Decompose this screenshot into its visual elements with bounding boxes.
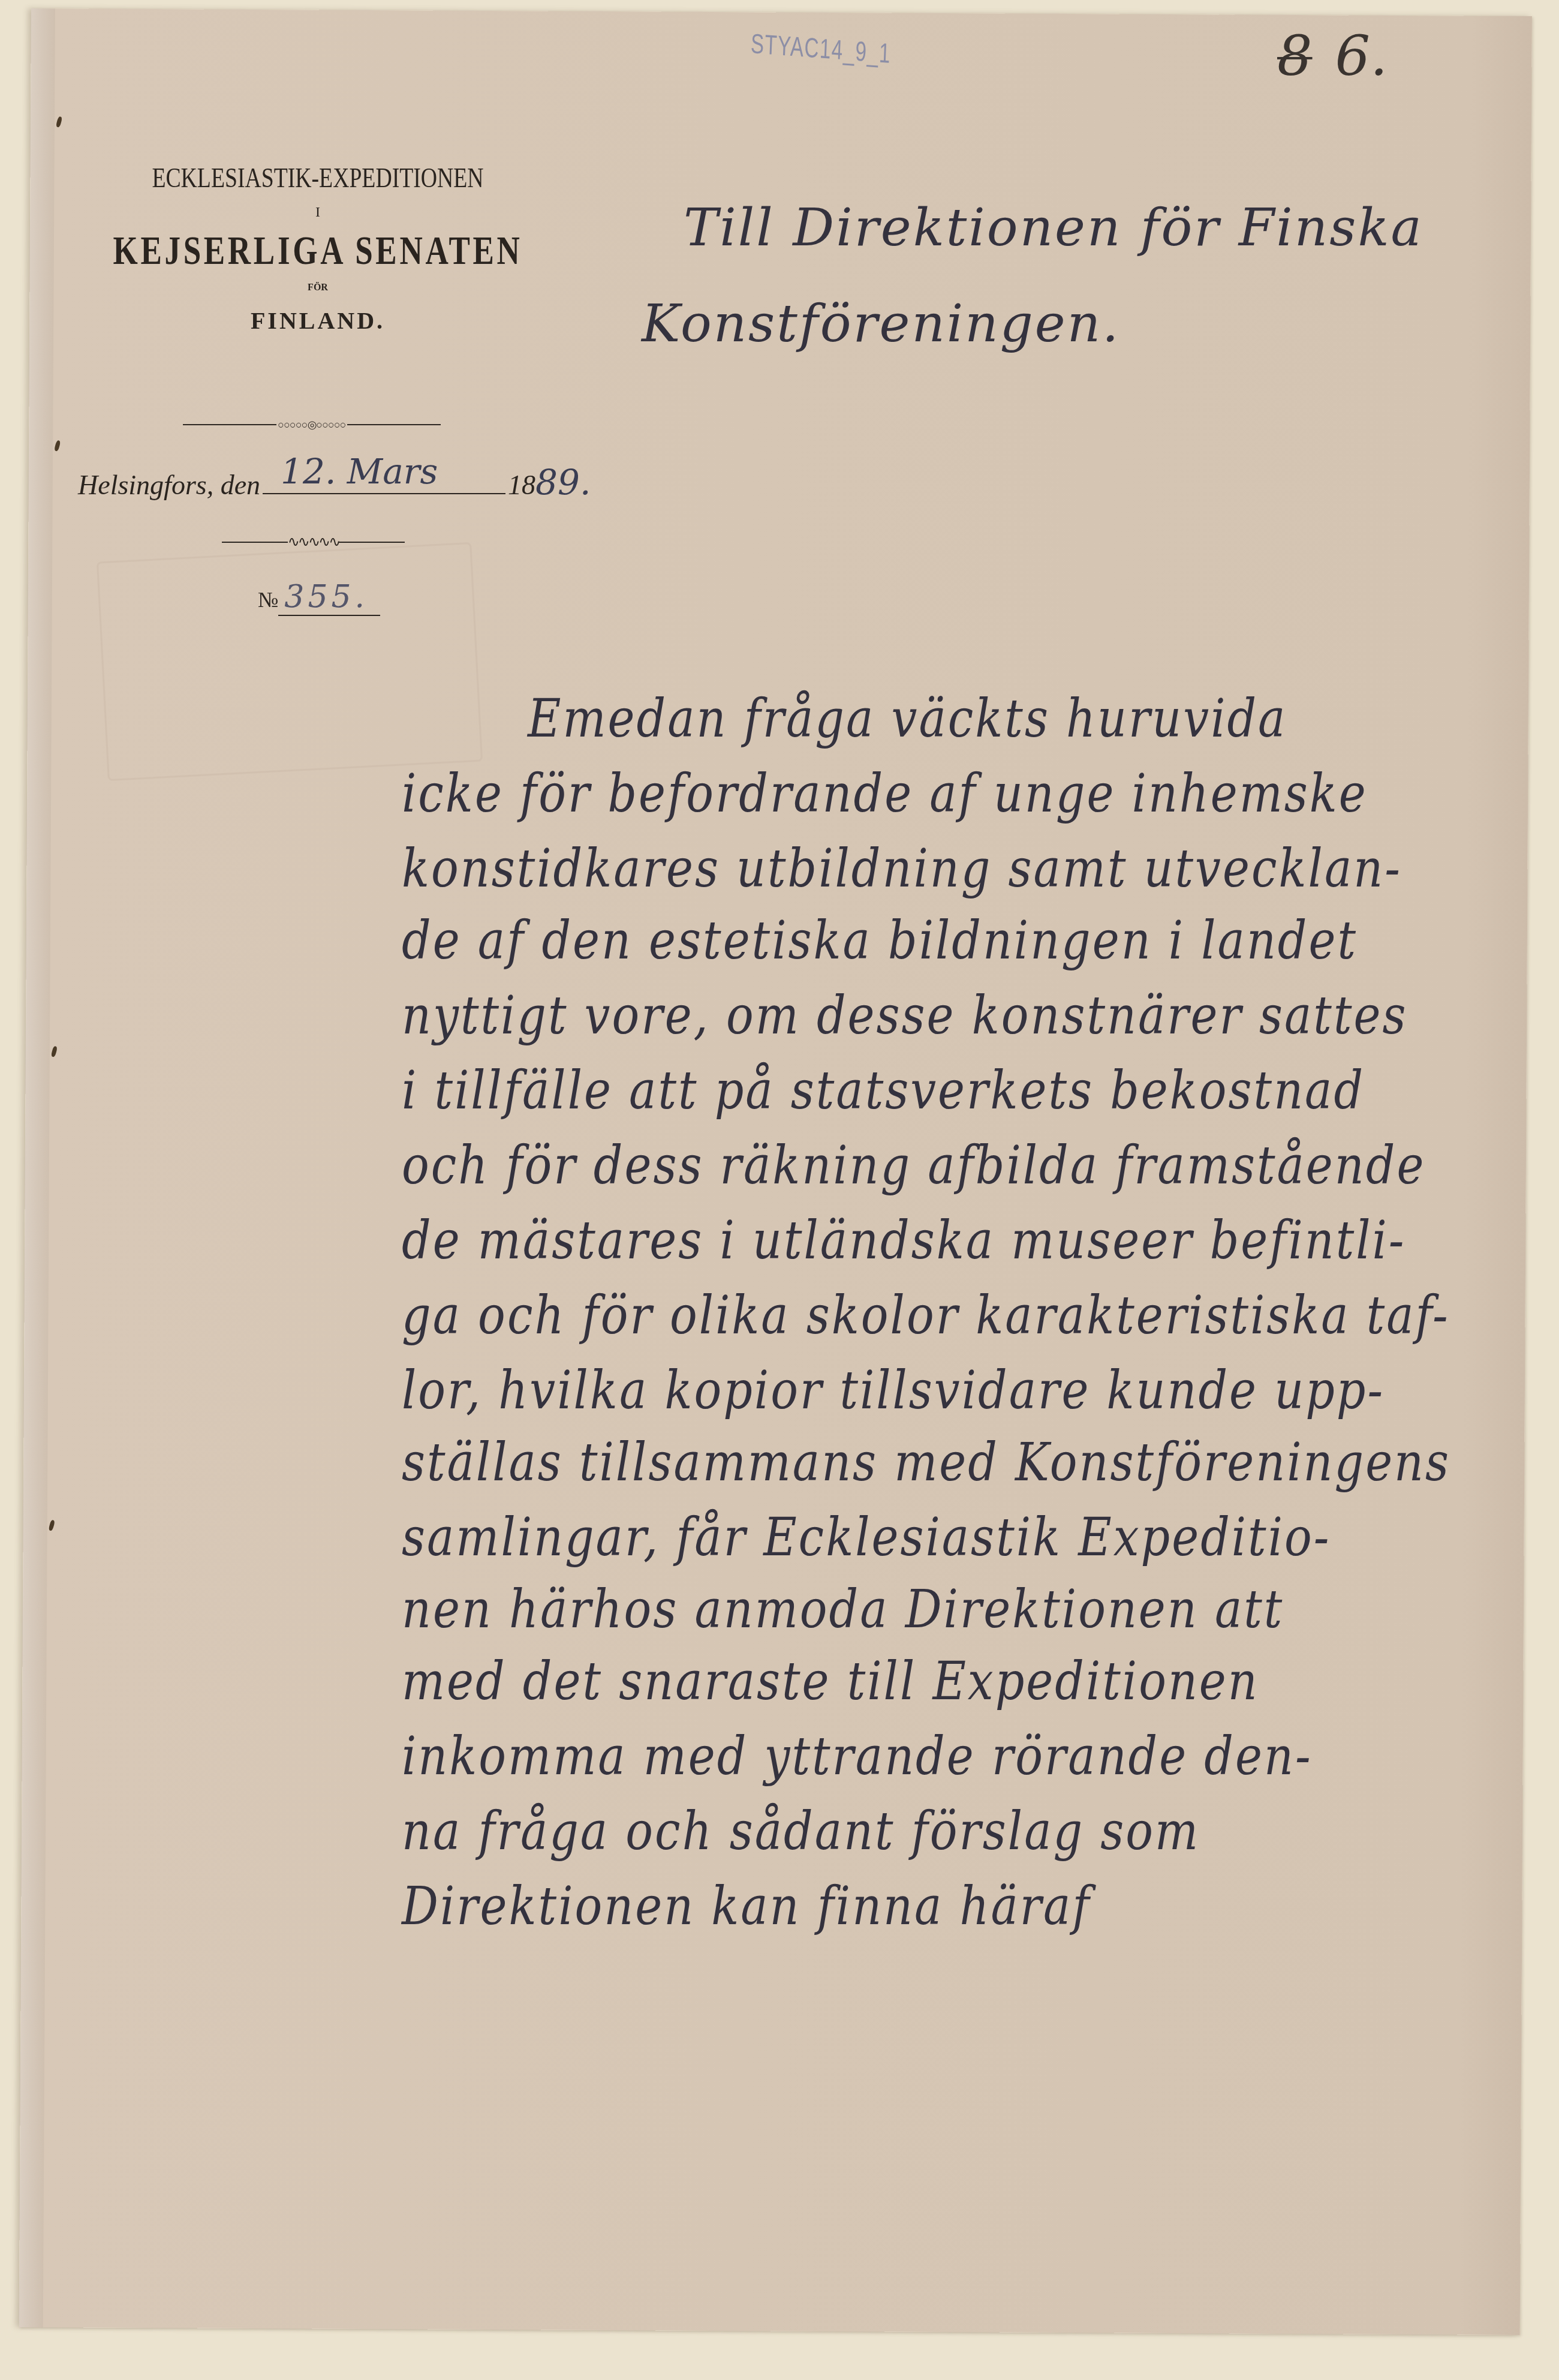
letterhead: ECKLESIASTIK-EXPEDITIONEN I KEJSERLIGA S…: [54, 162, 582, 335]
letterhead-country: FINLAND.: [54, 306, 582, 335]
binding-hole-icon: [56, 116, 63, 128]
letterhead-senate: KEJSERLIGA SENATEN: [112, 227, 523, 274]
folio-struck-number: 8: [1277, 24, 1313, 88]
wave-divider: ∿∿∿∿∿: [222, 539, 405, 546]
divider-rule: [222, 542, 288, 543]
document-number-value: 355.: [278, 579, 380, 616]
body-line: Emedan fråga väckts huruvida: [528, 688, 1287, 749]
body-line: samlingar, får Ecklesiastik Expeditio-: [402, 1507, 1331, 1568]
letterhead-department: ECKLESIASTIK-EXPEDITIONEN: [101, 162, 534, 194]
document-number: №355.: [258, 579, 380, 616]
place-prefix: Helsingfors, den: [78, 470, 260, 500]
body-line: konstidkares utbildning samt utvecklan-: [402, 838, 1402, 899]
letterhead-for: FÖR: [54, 283, 582, 293]
folio-current-number: 6.: [1335, 24, 1388, 88]
numero-sign: №: [258, 588, 278, 612]
body-line: ga och för olika skolor karakteristiska …: [402, 1285, 1450, 1346]
body-line: icke för befordrande af unge inhemske: [402, 763, 1368, 824]
bead-ornament-icon: ○○○○○◎○○○○○: [278, 421, 345, 428]
year-printed: 18: [508, 470, 535, 500]
date-blank: 12. Mars: [263, 465, 505, 494]
body-line: de af den estetiska bildningen i landet: [402, 910, 1358, 971]
faded-stamp-impression: [97, 542, 483, 781]
place-date-line: Helsingfors, den12. Mars1889.: [78, 462, 591, 503]
address-line-1: Till Direktionen för Finska: [684, 198, 1423, 258]
body-line: Direktionen kan finna häraf: [402, 1876, 1091, 1937]
binding-hole-icon: [49, 1520, 56, 1531]
divider-rule: [339, 542, 405, 543]
year-handwritten: 89.: [535, 462, 591, 503]
body-line: ställas tillsammans med Konstföreningens: [402, 1432, 1450, 1493]
divider-rule: [347, 424, 441, 425]
body-line: inkomma med yttrande rörande den-: [402, 1726, 1313, 1787]
ornament-divider: ○○○○○◎○○○○○: [183, 421, 441, 428]
handwritten-date: 12. Mars: [281, 451, 438, 492]
body-line: na fråga och sådant förslag som: [402, 1801, 1200, 1862]
body-line: de mästares i utländska museer befintli-: [402, 1210, 1405, 1271]
address-line-2: Konstföreningen.: [642, 294, 1120, 354]
letterhead-preposition: I: [54, 205, 582, 221]
body-line: nen härhos anmoda Direktionen att: [402, 1579, 1284, 1640]
body-line: och för dess räkning afbilda framstående: [402, 1135, 1425, 1196]
squiggle-ornament-icon: ∿∿∿∿∿: [288, 539, 339, 546]
binding-hole-icon: [54, 440, 61, 452]
body-line: med det snaraste till Expeditionen: [402, 1651, 1259, 1712]
body-line: nyttigt vore, om desse konstnärer sattes: [402, 985, 1407, 1046]
body-line: i tillfälle att på statsverkets bekostna…: [402, 1060, 1365, 1121]
binding-hole-icon: [51, 1046, 58, 1057]
folio-number: 86.: [1277, 24, 1388, 88]
page-fold-shadow: [19, 8, 55, 2327]
body-line: lor, hvilka kopior tillsvidare kunde upp…: [402, 1360, 1385, 1421]
divider-rule: [183, 424, 276, 425]
